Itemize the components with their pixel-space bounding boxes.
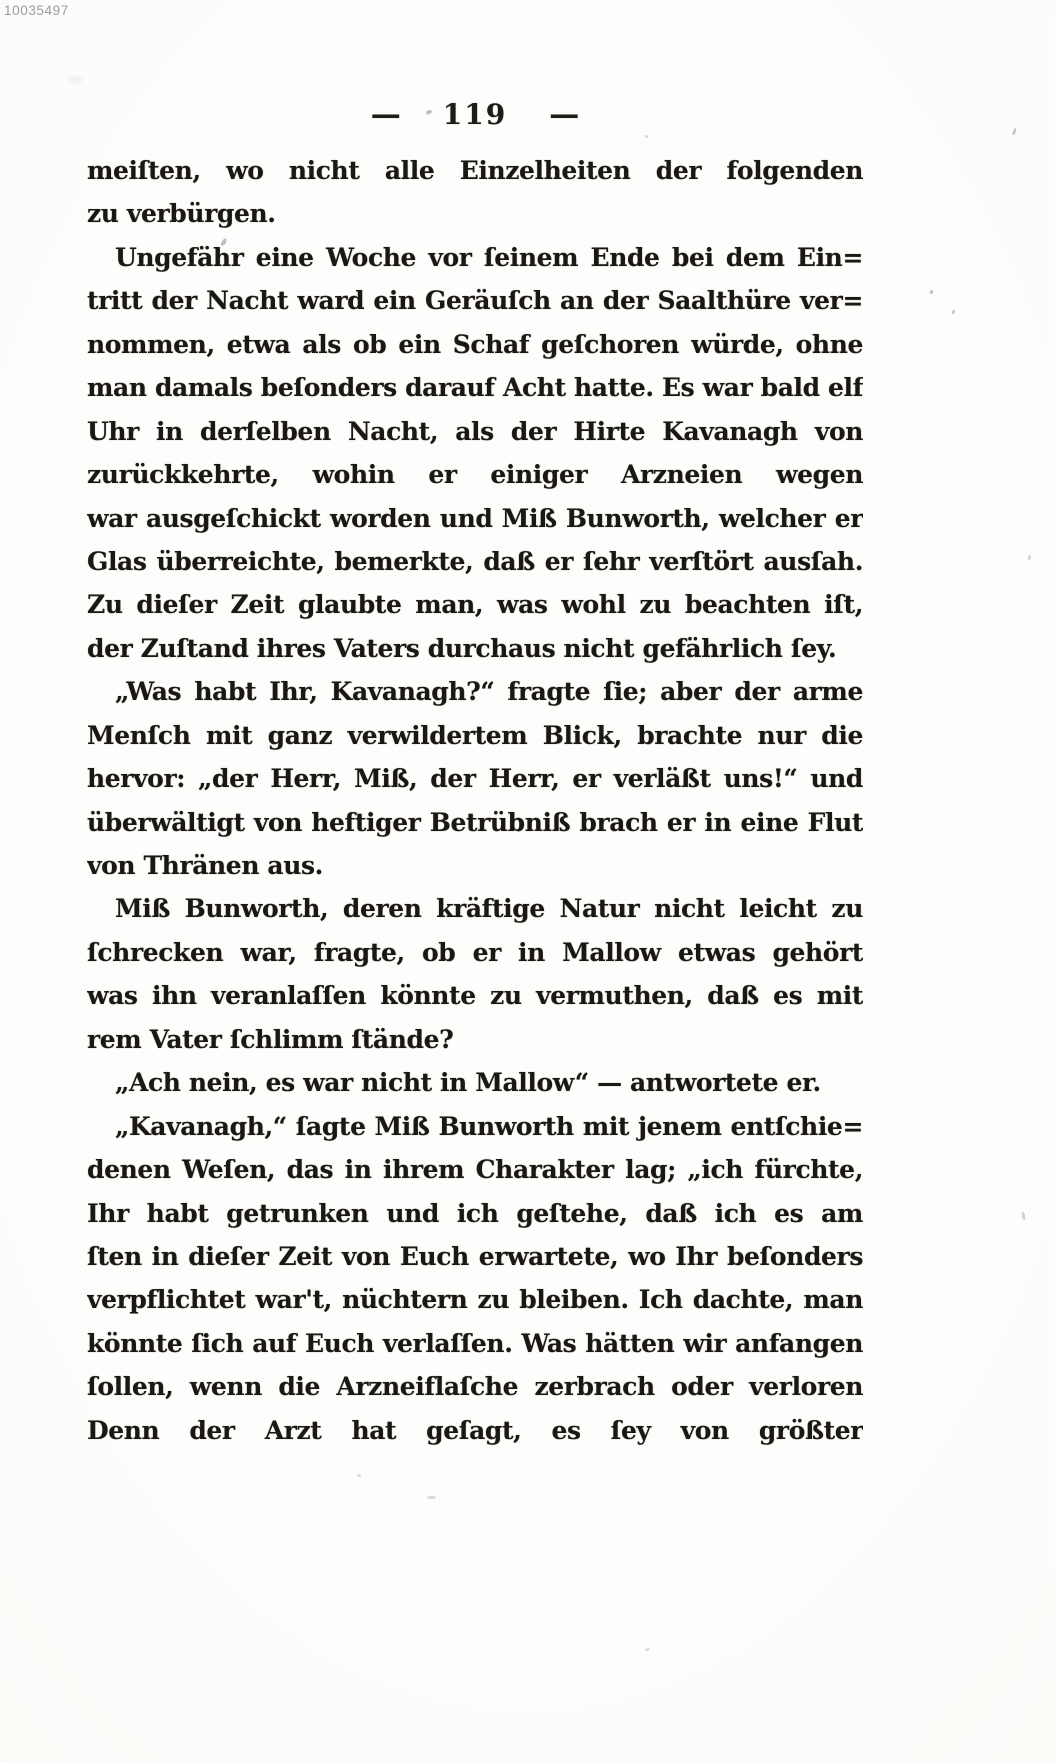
text-line: war ausgeſchickt worden und Miß Bunworth…: [87, 497, 863, 540]
text-line: Menſch mit ganz verwildertem Blick, brac…: [87, 714, 863, 757]
text-line: Zu dieſer Zeit glaubte man, was wohl zu …: [87, 583, 863, 626]
text-line: rem Vater ſchlimm ſtände?: [87, 1018, 863, 1061]
text-line: von Thränen aus.: [87, 844, 863, 887]
text-line: der Zuſtand ihres Vaters durchaus nicht …: [87, 627, 863, 670]
scan-speck: [1028, 555, 1032, 561]
scan-speck: [68, 76, 82, 83]
scan-serial-number: 10035497: [4, 3, 69, 18]
text-line: zu verbürgen.: [87, 192, 863, 235]
text-line: Uhr in derſelben Nacht, als der Hirte Ka…: [87, 410, 863, 453]
scan-speck: [1021, 1212, 1025, 1220]
page-number: 119: [443, 99, 507, 131]
scan-speck: [645, 1647, 651, 1651]
header-right-dash: —: [549, 99, 579, 131]
text-line: ſchrecken war, fragte, ob er in Mallow e…: [87, 931, 863, 974]
scan-speck: [951, 310, 955, 315]
scan-speck: [929, 290, 933, 295]
header-left-dash: —: [371, 99, 401, 131]
text-line: „Ach nein, es war nicht in Mallow“ — ant…: [87, 1061, 863, 1104]
scan-speck: [645, 135, 648, 138]
text-line: ſollen, wenn die Arzneiflaſche zerbrach …: [87, 1365, 863, 1408]
text-line: könnte ſich auf Euch verlaſſen. Was hätt…: [87, 1322, 863, 1365]
text-line: hervor: „der Herr, Miß, der Herr, er ver…: [87, 757, 863, 800]
text-line: Ihr habt getrunken und ich geſtehe, daß …: [87, 1192, 863, 1235]
text-line: man damals beſonders darauf Acht hatte. …: [87, 366, 863, 409]
text-line: Ungefähr eine Woche vor ſeinem Ende bei …: [87, 236, 863, 279]
text-line: meiſten, wo nicht alle Einzelheiten der …: [87, 149, 863, 192]
scan-speck: [427, 1496, 436, 1499]
text-line: verpflichtet war't, nüchtern zu bleiben.…: [87, 1278, 863, 1321]
text-line: Glas überreichte, bemerkte, daß er ſehr …: [87, 540, 863, 583]
text-line: was ihn veranlaſſen könnte zu vermuthen,…: [87, 974, 863, 1017]
scanned-book-page: 10035497 — 119 — meiſten, wo nicht alle …: [0, 0, 1055, 1762]
text-line: denen Weſen, das in ihrem Charakter lag;…: [87, 1148, 863, 1191]
text-line: „Was habt Ihr, Kavanagh?“ fragte ſie; ab…: [87, 670, 863, 713]
scan-speck: [357, 1474, 361, 1477]
scan-speck: [1012, 128, 1017, 136]
text-line: „Kavanagh,“ ſagte Miß Bunworth mit jenem…: [87, 1105, 863, 1148]
text-line: Miß Bunworth, deren kräftige Natur nicht…: [87, 887, 863, 930]
text-line: tritt der Nacht ward ein Geräuſch an der…: [87, 279, 863, 322]
text-line: Denn der Arzt hat geſagt, es ſey von grö…: [87, 1409, 863, 1452]
page-text: meiſten, wo nicht alle Einzelheiten der …: [87, 149, 863, 1452]
text-line: zurückkehrte, wohin er einiger Arzneien …: [87, 453, 863, 496]
text-line: nommen, etwa als ob ein Schaf geſchoren …: [87, 323, 863, 366]
page-header: — 119 —: [87, 99, 863, 131]
text-line: ſten in dieſer Zeit von Euch erwartete, …: [87, 1235, 863, 1278]
text-line: überwältigt von heftiger Betrübniß brach…: [87, 801, 863, 844]
